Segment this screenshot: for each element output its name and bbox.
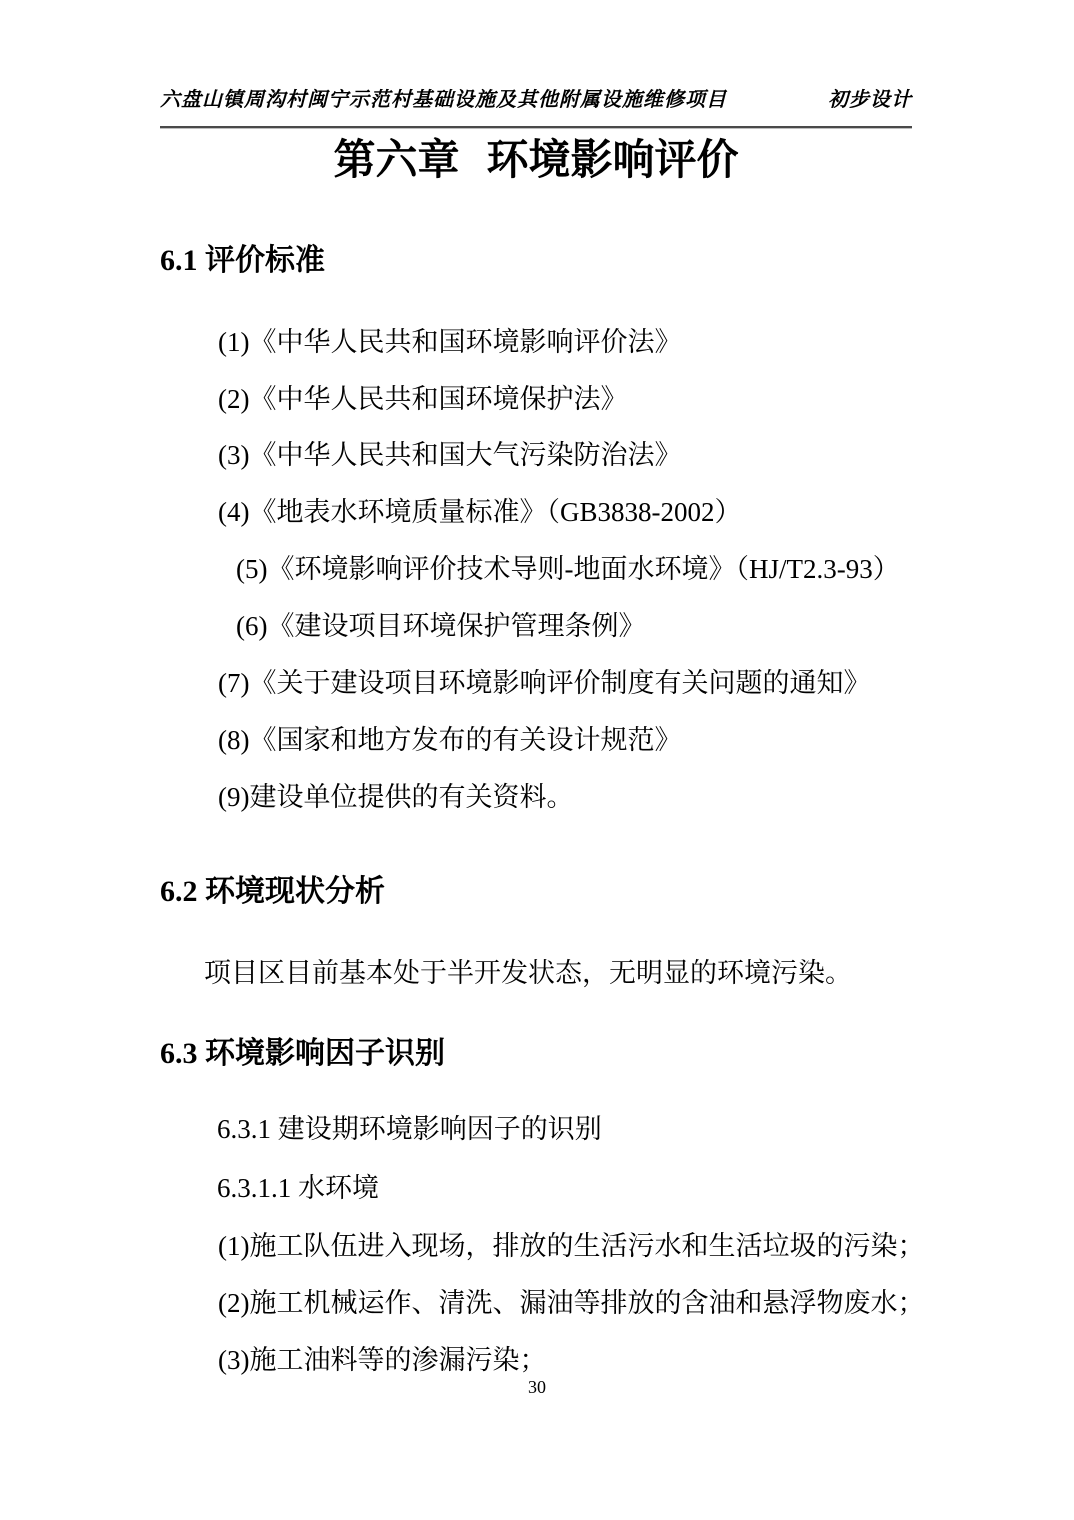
list-item: (2)《中华人民共和国环境保护法》 bbox=[160, 383, 912, 416]
list-item: (6)《建设项目环境保护管理条例》 bbox=[160, 610, 912, 643]
list-item: (2)施工机械运作、清洗、漏油等排放的含油和悬浮物废水； bbox=[160, 1287, 912, 1320]
list-item: (3)《中华人民共和国大气污染防治法》 bbox=[160, 439, 912, 472]
chapter-name: 环境影响评价 bbox=[487, 138, 739, 184]
chapter-title: 第六章环境影响评价 bbox=[160, 0, 912, 189]
list-item: (9)建设单位提供的有关资料。 bbox=[160, 781, 912, 814]
chapter-label: 第六章 bbox=[333, 138, 459, 184]
document-body: 第六章环境影响评价 6.1 评价标准 (1)《中华人民共和国环境影响评价法》 (… bbox=[160, 0, 912, 1401]
current-status-paragraph: 项目区目前基本处于半开发状态，无明显的环境污染。 bbox=[160, 957, 912, 990]
section-heading-6-2: 6.2 环境现状分析 bbox=[160, 872, 912, 911]
section-heading-6-1: 6.1 评价标准 bbox=[160, 241, 912, 280]
list-item: (7)《关于建设项目环境影响评价制度有关问题的通知》 bbox=[160, 667, 912, 700]
evaluation-standards-list: (1)《中华人民共和国环境影响评价法》 (2)《中华人民共和国环境保护法》 (3… bbox=[160, 326, 912, 814]
document-page: 六盘山镇周沟村闽宁示范村基础设施及其他附属设施维修项目 初步设计 第六章环境影响… bbox=[0, 0, 1074, 1520]
list-item: (3)施工油料等的渗漏污染； bbox=[160, 1344, 912, 1377]
subsection-heading-6-3-1-1: 6.3.1.1 水环境 bbox=[217, 1172, 912, 1205]
list-item: (1)《中华人民共和国环境影响评价法》 bbox=[160, 326, 912, 359]
page-number: 30 bbox=[0, 1377, 1074, 1399]
list-item: (5)《环境影响评价技术导则-地面水环境》（HJ/T2.3-93） bbox=[160, 553, 912, 586]
list-item: (4)《地表水环境质量标准》（GB3838-2002） bbox=[160, 496, 912, 529]
water-impact-list: (1)施工队伍进入现场，排放的生活污水和生活垃圾的污染； (2)施工机械运作、清… bbox=[160, 1230, 912, 1377]
subsection-heading-6-3-1: 6.3.1 建设期环境影响因子的识别 bbox=[217, 1113, 912, 1146]
list-item: (8)《国家和地方发布的有关设计规范》 bbox=[160, 724, 912, 757]
list-item: (1)施工队伍进入现场，排放的生活污水和生活垃圾的污染； bbox=[160, 1230, 912, 1263]
section-heading-6-3: 6.3 环境影响因子识别 bbox=[160, 1034, 912, 1073]
